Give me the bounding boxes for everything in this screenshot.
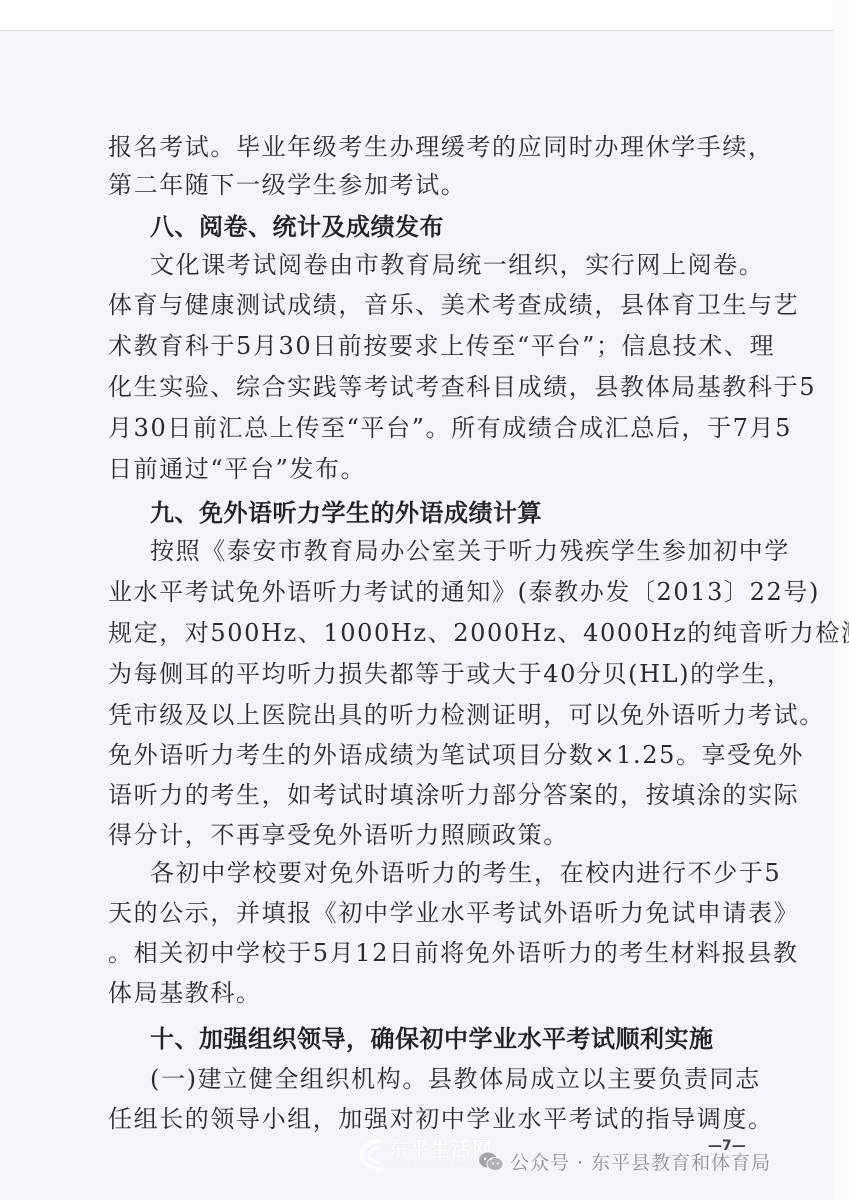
watermark-logo-icon [360,1137,386,1173]
watermark-url: www.dongpingren.com [390,1159,482,1168]
wechat-account-name: 公众号 · 东平县教育和体育局 [510,1148,771,1175]
paragraph-line: 体育与健康测试成绩，音乐、美术考查成绩，县体育卫生与艺 [108,290,799,320]
paragraph-line: 按照《泰安市教育局办公室关于听力残疾学生参加初中学 [150,536,790,566]
paragraph-line: 语听力的考生，如考试时填涂听力部分答案的，按填涂的实际 [108,780,799,810]
paragraph-line: 得分计，不再享受免外语听力照顾政策。 [108,820,569,850]
paragraph-line: 免外语听力考生的外语成绩为笔试项目分数×1.25。享受免外 [108,740,804,770]
paragraph-line: 规定，对500Hz、1000Hz、2000Hz、4000Hz的纯音听力检测结果 [108,618,849,648]
paragraph-line: 为每侧耳的平均听力损失都等于或大于40分贝(HL)的学生， [108,659,793,689]
paragraph-line: 报名考试。毕业年级考生办理缓考的应同时办理休学手续， [108,132,774,162]
paragraph-line: 文化课考试阅卷由市教育局统一组织，实行网上阅卷。 [150,250,764,280]
paragraph-line: 术教育科于5月30日前按要求上传至“平台”；信息技术、理 [108,331,775,361]
paragraph-line: 业水平考试免外语听力考试的通知》(泰教办发〔2013〕22号) [108,577,820,607]
paragraph-line: 日前通过“平台”发布。 [108,454,366,484]
paragraph-line: 各初中学校要对免外语听力的考生，在校内进行不少于5 [150,858,781,888]
wechat-icon [478,1151,504,1173]
paragraph-line: 第二年随下一级学生参加考试。 [108,170,466,200]
section-heading: 十、加强组织领导，确保初中学业水平考试顺利实施 [150,1024,714,1054]
page-edge [834,0,849,1200]
paragraph-line: 化生实验、综合实践等考试考查科目成绩，县教体局基教科于5 [108,372,816,402]
section-heading: 九、免外语听力学生的外语成绩计算 [150,498,542,528]
paragraph-line: 月30日前汇总上传至“平台”。所有成绩合成汇总后，于7月5 [108,413,792,443]
paragraph-line: 体局基教科。 [108,978,262,1008]
paragraph-line: 任组长的领导小组，加强对初中学业水平考试的指导调度。 [108,1104,774,1134]
paragraph-line: 凭市级及以上医院出具的听力检测证明，可以免外语听力考试。 [108,700,825,730]
wechat-account-footer: 公众号 · 东平县教育和体育局 [478,1148,771,1175]
section-heading: 八、阅卷、统计及成绩发布 [150,212,444,242]
paragraph-line: 天的公示，并填报《初中学业水平考试外语听力免试申请表》 [108,898,799,928]
paragraph-line: (一)建立健全组织机构。县教体局成立以主要负责同志 [150,1064,761,1094]
paragraph-line: 。相关初中学校于5月12日前将免外语听力的考生材料报县教 [108,938,799,968]
